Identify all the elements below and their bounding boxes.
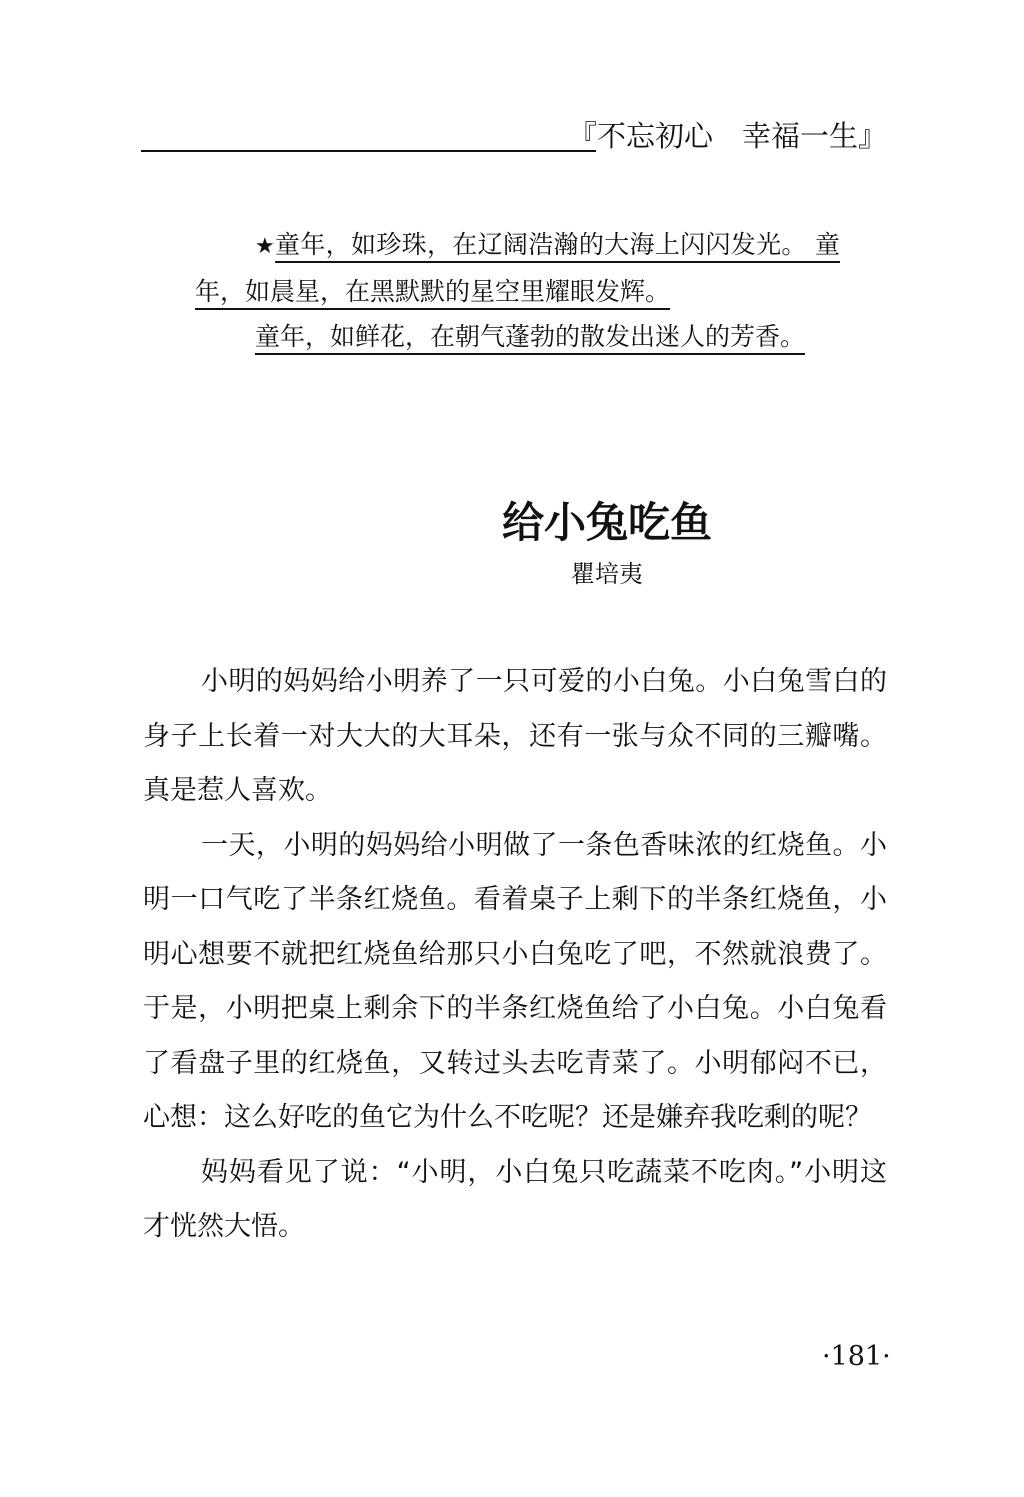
- article-title: 给小兔吃鱼: [0, 495, 1024, 551]
- page-number: ·181·: [822, 1340, 891, 1374]
- quote-paragraph: ★童年，如珍珠，在辽阔浩瀚的大海上闪闪发光。 童年，如晨星，在黑默默的星空里耀眼…: [195, 222, 840, 314]
- header-rule: [141, 150, 596, 152]
- book-page: 『不忘初心 幸福一生』 ★童年，如珍珠，在辽阔浩瀚的大海上闪闪发光。 童年，如晨…: [0, 0, 1024, 1497]
- quote-paragraph-text: 童年，如鲜花，在朝气蓬勃的散发出迷人的芳香。: [255, 322, 805, 351]
- body-paragraph: 妈妈看见了说：“小明，小白兔只吃蔬菜不吃肉。”小明这才恍然大悟。: [143, 1146, 887, 1255]
- star-icon: ★: [255, 234, 275, 259]
- quote-paragraph-text: 童年，如珍珠，在辽阔浩瀚的大海上闪闪发光。 童年，如晨星，在黑默默的星空里耀眼发…: [195, 230, 840, 306]
- quote-block: ★童年，如珍珠，在辽阔浩瀚的大海上闪闪发光。 童年，如晨星，在黑默默的星空里耀眼…: [195, 222, 840, 359]
- quote-paragraph: 童年，如鲜花，在朝气蓬勃的散发出迷人的芳香。: [195, 314, 840, 359]
- running-header: 『不忘初心 幸福一生』: [141, 118, 887, 154]
- article-body: 小明的妈妈给小明养了一只可爱的小白兔。小白兔雪白的身子上长着一对大大的大耳朵，还…: [143, 655, 887, 1255]
- article-author: 瞿培夷: [0, 556, 1024, 592]
- body-paragraph: 一天，小明的妈妈给小明做了一条色香味浓的红烧鱼。小明一口气吃了半条红烧鱼。看着桌…: [143, 819, 887, 1146]
- body-paragraph: 小明的妈妈给小明养了一只可爱的小白兔。小白兔雪白的身子上长着一对大大的大耳朵，还…: [143, 655, 887, 819]
- running-header-text: 『不忘初心 幸福一生』: [568, 118, 887, 154]
